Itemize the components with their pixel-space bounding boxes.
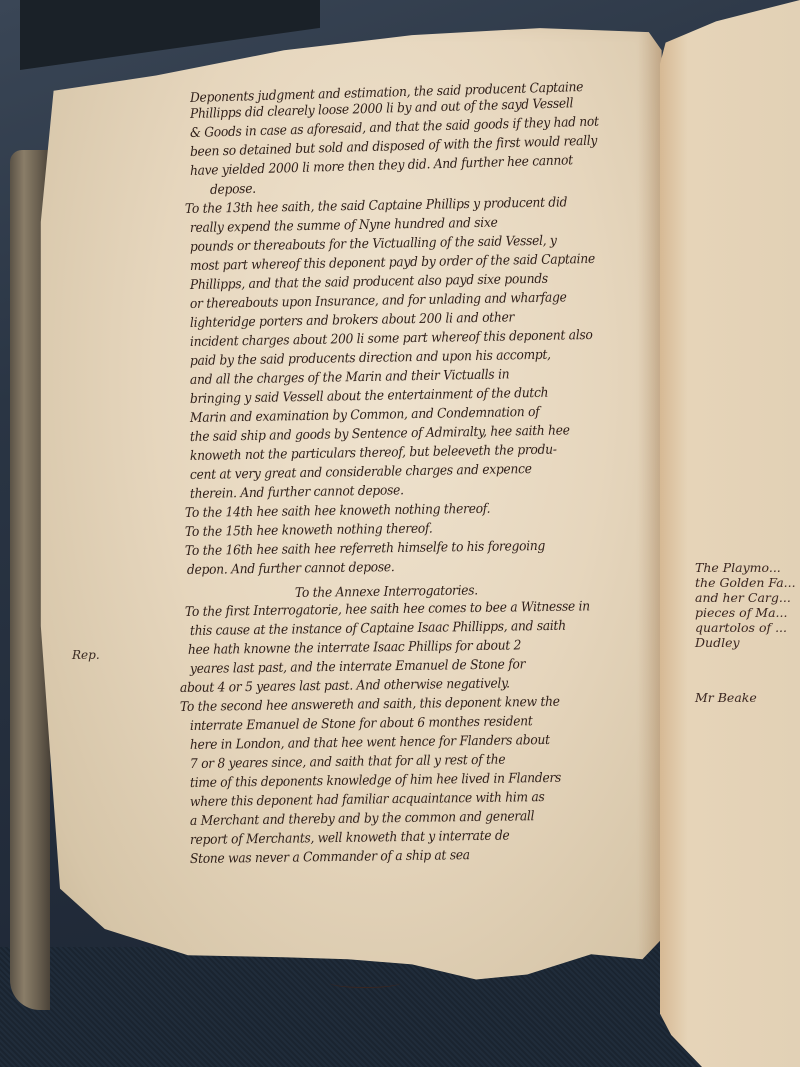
closing-flourish [330,978,400,988]
manuscript-line: To the Annexe Interrogatories. [295,584,478,600]
right-page-text: The Playmo... the Golden Fa... and her C… [695,560,800,705]
margin-note: Rep. [72,648,100,662]
right-line: and her Carg... [695,590,800,605]
manuscript-line: To the 15th hee knoweth nothing thereof. [185,523,433,540]
right-name-line: Mr Beake [695,690,800,705]
right-line: pieces of Ma... [695,605,800,620]
manuscript-line: depose. [210,183,256,197]
right-page [660,0,800,1067]
right-line: quartolos of ... [695,620,800,635]
manuscript-line: depon. And further cannot depose. [187,561,395,577]
right-line: The Playmo... [695,560,800,575]
manuscript-line: therein. And further cannot depose. [190,484,404,501]
manuscript-line: Stone was never a Commander of a ship at… [190,849,470,866]
right-line: Dudley [695,635,800,650]
right-line: the Golden Fa... [695,575,800,590]
